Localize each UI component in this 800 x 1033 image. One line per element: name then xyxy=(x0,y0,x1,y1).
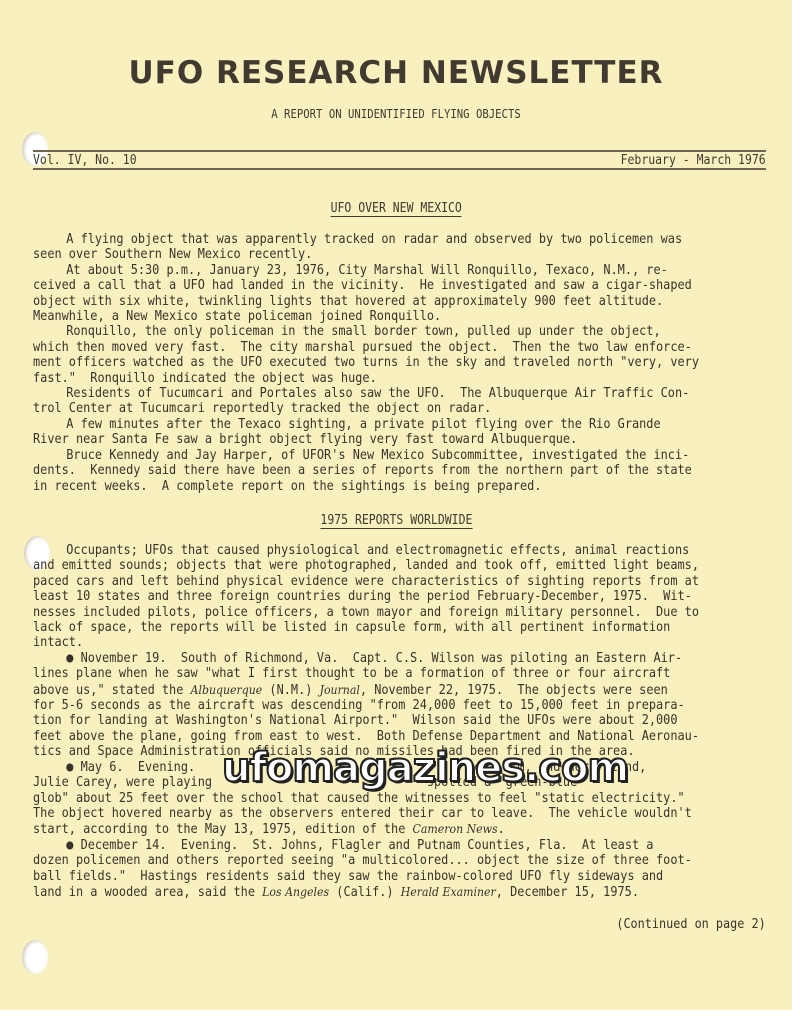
article-line: lack of space, the reports will be liste… xyxy=(33,620,674,635)
article-line: Meanwhile, a New Mexico state policeman … xyxy=(33,309,674,324)
issue-date: February - March 1976 xyxy=(621,152,766,168)
article-body-new-mexico: A flying object that was apparently trac… xyxy=(33,232,766,494)
publication-name: Cameron News xyxy=(413,821,498,836)
text-run: , December 15, 1975. xyxy=(496,884,639,900)
article-line: tion for landing at Washington's Nationa… xyxy=(33,713,674,728)
newsletter-subtitle: A REPORT ON UNIDENTIFIED FLYING OBJECTS xyxy=(59,106,732,121)
article-line: At about 5:30 p.m., January 23, 1976, Ci… xyxy=(33,263,674,278)
article-line: glob" about 25 feet over the school that… xyxy=(33,791,674,806)
bottom-rule xyxy=(33,168,766,170)
article-line: dozen policemen and others reported seei… xyxy=(33,853,674,868)
article-line: intact. xyxy=(33,635,674,650)
article-line: Residents of Tucumcari and Portales also… xyxy=(33,386,674,401)
article-line: land in a wooded area, said the Los Ange… xyxy=(33,884,674,900)
article-line: The object hovered nearby as the observe… xyxy=(33,806,674,821)
article-line: paced cars and left behind physical evid… xyxy=(33,574,674,589)
article-line: ball fields." Hastings residents said th… xyxy=(33,869,674,884)
article-line: ceived a call that a UFO had landed in t… xyxy=(33,278,674,293)
article-line: start, according to the May 13, 1975, ed… xyxy=(33,821,674,837)
newsletter-title: UFO RESEARCH NEWSLETTER xyxy=(0,55,792,91)
article-line: lines plane when he saw "what I first th… xyxy=(33,666,674,681)
article-line: Bruce Kennedy and Jay Harper, of UFOR's … xyxy=(33,448,674,463)
article-line: River near Santa Fe saw a bright object … xyxy=(33,432,674,447)
article-line: dents. Kennedy said there have been a se… xyxy=(33,463,674,478)
article-line: fast." Ronquillo indicated the object wa… xyxy=(33,371,674,386)
article-line: A flying object that was apparently trac… xyxy=(33,232,674,247)
text-run: above us," stated the xyxy=(33,682,191,698)
publication-name: Los Angeles xyxy=(262,884,329,899)
article-line: above us," stated the Albuquerque (N.M.)… xyxy=(33,682,674,698)
article-line: least 10 states and three foreign countr… xyxy=(33,589,674,604)
publication-name: Journal xyxy=(320,682,360,697)
text-run: start, according to the May 13, 1975, ed… xyxy=(33,821,413,837)
article-line: Ronquillo, the only policeman in the sma… xyxy=(33,324,674,339)
article-heading-new-mexico: UFO OVER NEW MEXICO xyxy=(0,200,792,217)
watermark: ufomagazines.com xyxy=(222,745,628,791)
article-line: trol Center at Tucumcari reportedly trac… xyxy=(33,401,674,416)
continued-text: (Continued on page 2) xyxy=(617,916,766,932)
issue-bar: Vol. IV, No. 10 February - March 1976 xyxy=(33,152,766,168)
continued-note: (Continued on page 2) xyxy=(560,916,766,932)
text-run: (Calif.) xyxy=(329,884,401,900)
article-line: which then moved very fast. The city mar… xyxy=(33,340,674,355)
article-line: in recent weeks. A complete report on th… xyxy=(33,479,674,494)
article-line: nesses included pilots, police officers,… xyxy=(33,605,674,620)
volume-number: Vol. IV, No. 10 xyxy=(33,152,137,168)
article-line: object with six white, twinkling lights … xyxy=(33,294,674,309)
text-run: , November 22, 1975. The objects were se… xyxy=(360,682,668,698)
text-run: . xyxy=(498,821,505,837)
article-line: seen over Southern New Mexico recently. xyxy=(33,247,674,262)
article-line: A few minutes after the Texaco sighting,… xyxy=(33,417,674,432)
newsletter-page: UFO RESEARCH NEWSLETTER A REPORT ON UNID… xyxy=(0,0,792,1010)
article-line: ● December 14. Evening. St. Johns, Flagl… xyxy=(33,838,674,853)
article-heading-text: 1975 REPORTS WORLDWIDE xyxy=(320,513,472,529)
article-line: feet above the plane, going from east to… xyxy=(33,729,674,744)
article-line: and emitted sounds; objects that were ph… xyxy=(33,558,674,573)
article-body-1975-reports: Occupants; UFOs that caused physiologica… xyxy=(33,543,766,900)
publication-name: Herald Examiner xyxy=(401,884,496,899)
publication-name: Albuquerque xyxy=(191,682,263,697)
article-line: ● November 19. South of Richmond, Va. Ca… xyxy=(33,651,674,666)
text-run: (N.M.) xyxy=(262,682,319,698)
article-line: ment officers watched as the UFO execute… xyxy=(33,355,674,370)
article-line: Occupants; UFOs that caused physiologica… xyxy=(33,543,674,558)
article-line: for 5-6 seconds as the aircraft was desc… xyxy=(33,698,674,713)
article-heading-text: UFO OVER NEW MEXICO xyxy=(330,201,461,217)
text-run: land in a wooded area, said the xyxy=(33,884,262,900)
binder-hole-bottom xyxy=(22,940,48,974)
article-heading-1975-reports: 1975 REPORTS WORLDWIDE xyxy=(0,512,792,529)
